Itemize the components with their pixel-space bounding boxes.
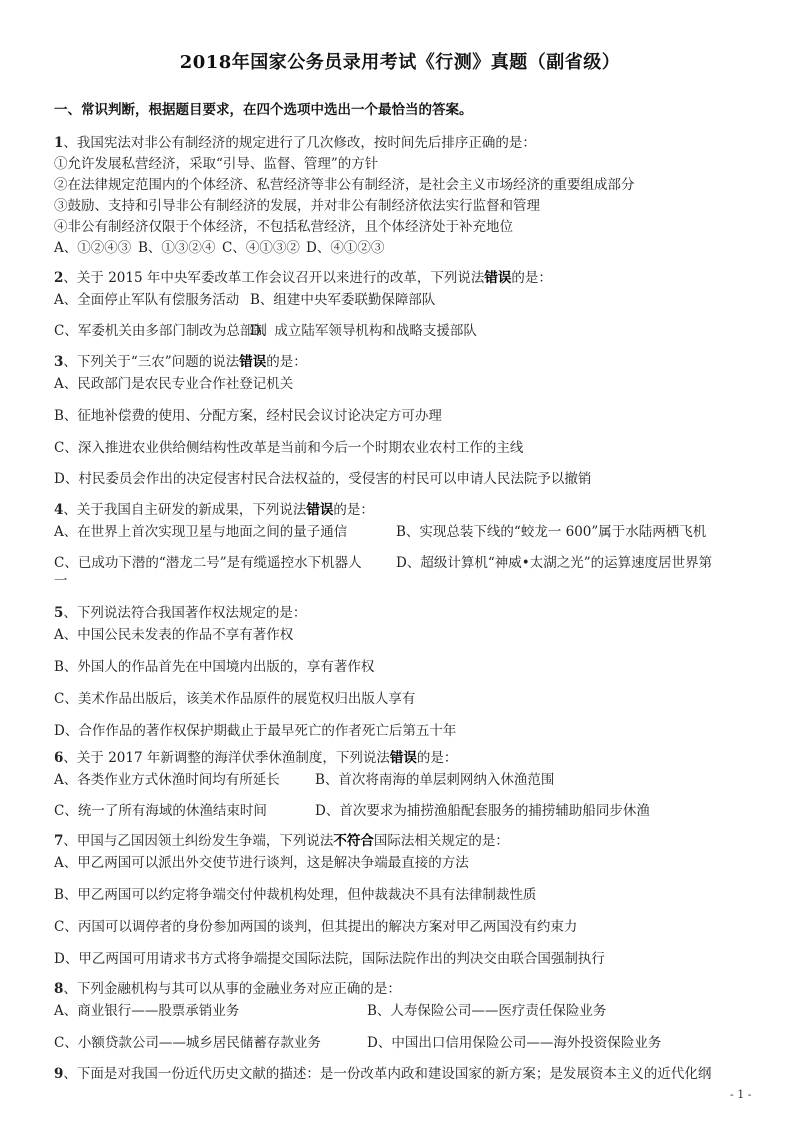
question-8-options-row1: A、商业银行——股票承销业务 B、人寿保险公司——医疗责任保险业务 bbox=[54, 999, 239, 1019]
question-8-stem: 8、下列金融机构与其可以从事的金融业务对应正确的是： bbox=[54, 977, 401, 997]
option-d: D、成立陆军领导机构和战略支援部队 bbox=[250, 319, 477, 339]
option-b: B、①③②④ bbox=[138, 236, 215, 256]
page-number: - 1 - bbox=[730, 1088, 751, 1101]
question-5-option-d: D、合作作品的著作权保护期截止于最早死亡的作者死亡后第五十年 bbox=[54, 719, 456, 739]
option-c: C、小额贷款公司——城乡居民储蓄存款业务 bbox=[54, 1035, 321, 1051]
option-c: C、统一了所有海域的休渔结束时间 bbox=[54, 803, 267, 819]
question-5-option-b: B、外国人的作品首先在中国境内出版的，享有著作权 bbox=[54, 655, 374, 675]
question-6-options-row1: A、各类作业方式休渔时间均有所延长 B、首次将南海的单层刺网纳入休渔范围 bbox=[54, 768, 280, 788]
question-7-option-d: D、甲乙两国可用请求书方式将争端提交国际法院，国际法院作出的判决交由联合国强制执… bbox=[54, 947, 605, 967]
question-1-item: ②在法律规定范围内的个体经济、私营经济等非公有制经济，是社会主义市场经济的重要组… bbox=[54, 173, 635, 193]
option-b: B、首次将南海的单层刺网纳入休渔范围 bbox=[315, 768, 554, 788]
question-2-options-row2: C、军委机关由多部门制改为总部制 D、成立陆军领导机构和战略支援部队 bbox=[54, 319, 267, 339]
option-c: C、④①③② bbox=[222, 236, 300, 256]
option-d: D、首次要求为捕捞渔船配套服务的捕捞辅助船同步休渔 bbox=[315, 799, 650, 819]
question-3-option-a: A、民政部门是农民专业合作社登记机关 bbox=[54, 372, 293, 392]
question-1-item: ①允许发展私营经济，采取“引导、监督、管理”的方针 bbox=[54, 152, 378, 172]
question-6-options-row2: C、统一了所有海域的休渔结束时间 D、首次要求为捕捞渔船配套服务的捕捞辅助船同步… bbox=[54, 799, 267, 819]
option-d: D、超级计算机“神威•太湖之光”的运算速度居世界第 bbox=[396, 551, 712, 571]
question-7-option-b: B、甲乙两国可以约定将争端交付仲裁机构处理，但仲裁裁决不具有法律制裁性质 bbox=[54, 883, 536, 903]
question-8-options-row2: C、小额贷款公司——城乡居民储蓄存款业务 D、中国出口信用保险公司——海外投资保… bbox=[54, 1031, 321, 1051]
question-5-option-a: A、中国公民未发表的作品不享有著作权 bbox=[54, 623, 293, 643]
question-3-stem: 3、下列关于“三农”问题的说法错误的是： bbox=[54, 350, 307, 370]
question-1-item: ③鼓励、支持和引导非公有制经济的发展，并对非公有制经济依法实行监督和管理 bbox=[54, 194, 540, 214]
question-9-stem: 9、下面是对我国一份近代历史文献的描述：是一份改革内政和建设国家的新方案；是发展… bbox=[54, 1062, 711, 1082]
section-heading: 一、常识判断，根据题目要求，在四个选项中选出一个最恰当的答案。 bbox=[54, 98, 473, 118]
question-4-stem: 4、关于我国自主研发的新成果，下列说法错误的是： bbox=[54, 498, 374, 518]
question-5-option-c: C、美术作品出版后，该美术作品原件的展览权归出版人享有 bbox=[54, 687, 415, 707]
question-6-stem: 6、关于 2017 年新调整的海洋伏季休渔制度，下列说法错误的是： bbox=[54, 746, 457, 766]
question-1-stem: 1、我国宪法对非公有制经济的规定进行了几次修改，按时间先后排序正确的是： bbox=[54, 131, 536, 151]
option-d: D、中国出口信用保险公司——海外投资保险业务 bbox=[367, 1031, 661, 1051]
option-d: D、④①②③ bbox=[306, 236, 384, 256]
question-7-option-a: A、甲乙两国可以派出外交使节进行谈判，这是解决争端最直接的方法 bbox=[54, 851, 469, 871]
option-a: A、全面停止军队有偿服务活动 bbox=[54, 292, 239, 308]
option-c: C、已成功下潜的“潜龙二号”是有缆遥控水下机器人 bbox=[54, 555, 362, 571]
option-a: A、①②④③ bbox=[54, 240, 131, 256]
question-4-options-row2: C、已成功下潜的“潜龙二号”是有缆遥控水下机器人 D、超级计算机“神威•太湖之光… bbox=[54, 551, 362, 571]
option-b: B、人寿保险公司——医疗责任保险业务 bbox=[367, 999, 606, 1019]
option-b: B、实现总装下线的“蛟龙一 600”属于水陆两栖飞机 bbox=[396, 520, 706, 540]
option-a: A、商业银行——股票承销业务 bbox=[54, 1003, 239, 1019]
question-3-option-d: D、村民委员会作出的决定侵害村民合法权益的，受侵害的村民可以申请人民法院予以撤销 bbox=[54, 467, 591, 487]
question-4-options-row1: A、在世界上首次实现卫星与地面之间的量子通信 B、实现总装下线的“蛟龙一 600… bbox=[54, 520, 347, 540]
question-2-options-row1: A、全面停止军队有偿服务活动 B、组建中央军委联勤保障部队 bbox=[54, 288, 239, 308]
question-5-stem: 5、下列说法符合我国著作权法规定的是： bbox=[54, 601, 306, 621]
question-4-option-d-wrap: 一 bbox=[54, 569, 68, 589]
question-2-stem: 2、关于 2015 年中央军委改革工作会议召开以来进行的改革，下列说法错误的是： bbox=[54, 266, 552, 286]
question-7-option-c: C、丙国可以调停者的身份参加两国的谈判，但其提出的解决方案对甲乙两国没有约束力 bbox=[54, 915, 577, 935]
question-7-stem: 7、甲国与乙国因领土纠纷发生争端，下列说法不符合国际法相关规定的是： bbox=[54, 829, 509, 849]
question-3-option-b: B、征地补偿费的使用、分配方案，经村民会议讨论决定方可办理 bbox=[54, 404, 442, 424]
option-c: C、军委机关由多部门制改为总部制 bbox=[54, 323, 267, 339]
question-1-options: A、①②④③ B、①③②④ C、④①③② D、④①②③ bbox=[54, 236, 131, 256]
question-1-item: ④非公有制经济仅限于个体经济，不包括私营经济，且个体经济处于补充地位 bbox=[54, 215, 513, 235]
option-b: B、组建中央军委联勤保障部队 bbox=[250, 288, 435, 308]
option-a: A、各类作业方式休渔时间均有所延长 bbox=[54, 772, 280, 788]
document-title: 2018年国家公务员录用考试《行测》真题（副省级） bbox=[0, 48, 800, 74]
question-3-option-c: C、深入推进农业供给侧结构性改革是当前和今后一个时期农业农村工作的主线 bbox=[54, 436, 523, 456]
option-a: A、在世界上首次实现卫星与地面之间的量子通信 bbox=[54, 524, 347, 540]
document-page: 2018年国家公务员录用考试《行测》真题（副省级） 一、常识判断，根据题目要求，… bbox=[0, 0, 800, 1131]
